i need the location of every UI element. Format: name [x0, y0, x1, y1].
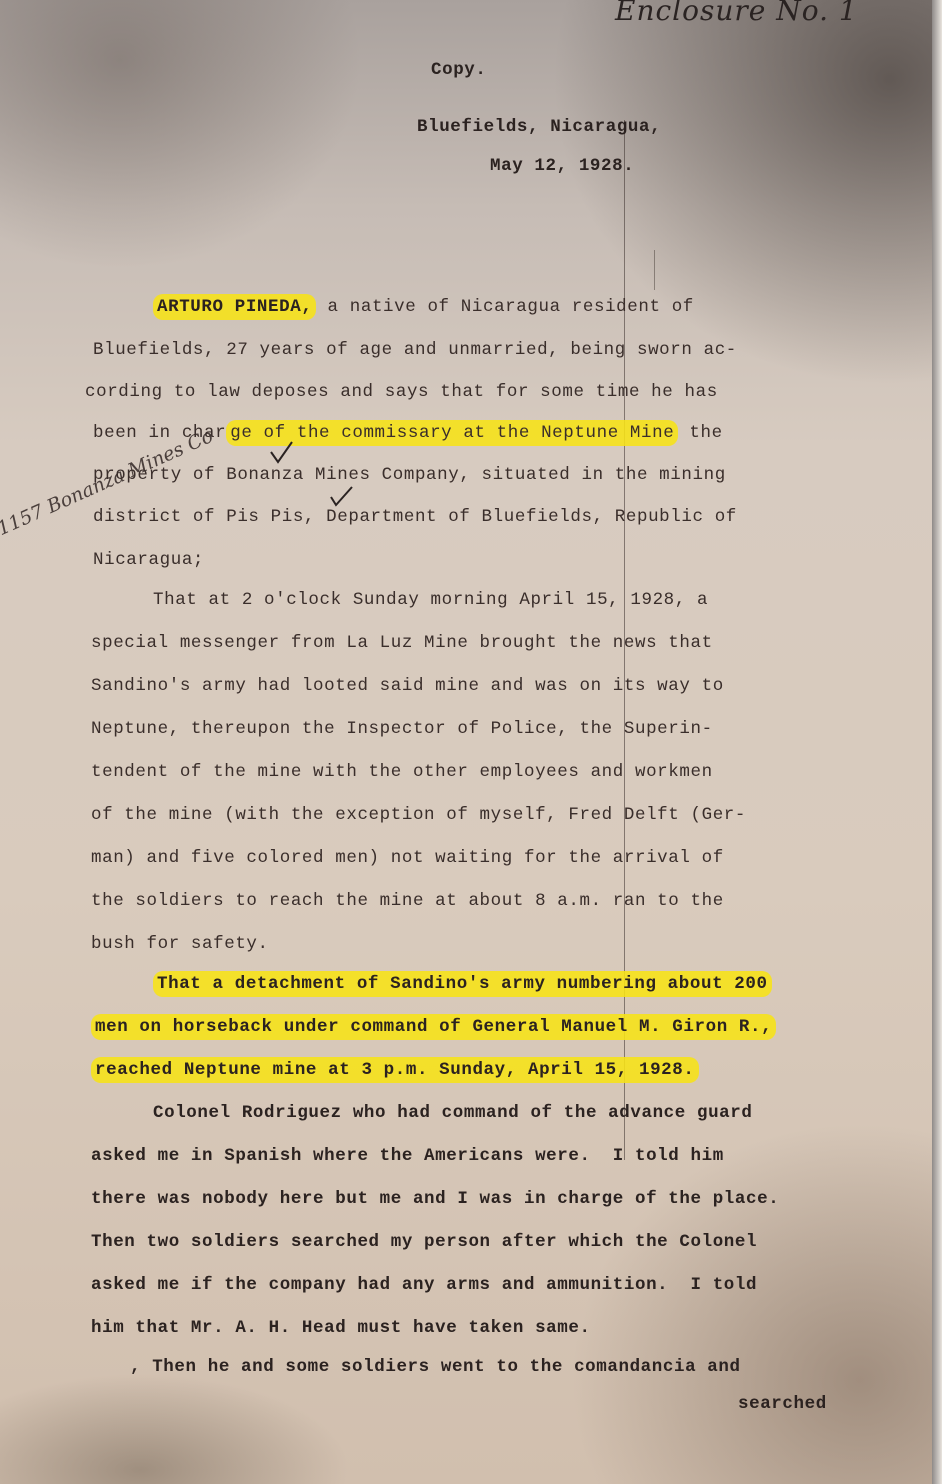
- highlight-commissary: ge of the commissary at the Neptune Mine: [226, 420, 678, 446]
- checkmark-icon: [268, 440, 294, 466]
- catchword: searched: [738, 1394, 827, 1414]
- highlight-name: ARTURO PINEDA,: [153, 294, 316, 320]
- page-edge: [932, 0, 942, 1484]
- p5-line-1: , Then he and some soldiers went to the …: [130, 1357, 741, 1377]
- p2-line-4: Neptune, thereupon the Inspector of Poli…: [91, 719, 713, 739]
- p1-line-3: cording to law deposes and says that for…: [85, 382, 718, 402]
- p3-line-2: men on horseback under command of Genera…: [91, 1017, 776, 1037]
- p2-line-3: Sandino's army had looted said mine and …: [91, 676, 724, 696]
- date-line: May 12, 1928.: [490, 156, 634, 176]
- p1-line-4: been in charge of the commissary at the …: [93, 423, 723, 443]
- p3-line-1: That a detachment of Sandino's army numb…: [153, 974, 772, 994]
- p4-line-3: there was nobody here but me and I was i…: [91, 1189, 779, 1209]
- p4-line-6: him that Mr. A. H. Head must have taken …: [91, 1318, 591, 1338]
- p4-line-1: Colonel Rodriguez who had command of the…: [153, 1103, 753, 1123]
- checkmark-icon: [328, 483, 354, 509]
- p2-line-8: the soldiers to reach the mine at about …: [91, 891, 724, 911]
- p3-line-3: reached Neptune mine at 3 p.m. Sunday, A…: [91, 1060, 699, 1080]
- p4-line-2: asked me in Spanish where the Americans …: [91, 1146, 724, 1166]
- p1-line-5: property of Bonanza Mines Company, situa…: [93, 465, 726, 485]
- p4-line-4: Then two soldiers searched my person aft…: [91, 1232, 757, 1252]
- p1-line-2: Bluefields, 27 years of age and unmarrie…: [93, 340, 737, 360]
- fold-crease-short: [654, 250, 655, 290]
- copy-label: Copy.: [431, 60, 487, 80]
- enclosure-note: Enclosure No. 1: [615, 0, 858, 27]
- p2-line-1: That at 2 o'clock Sunday morning April 1…: [153, 590, 708, 610]
- p2-line-7: man) and five colored men) not waiting f…: [91, 848, 724, 868]
- p2-line-5: tendent of the mine with the other emplo…: [91, 762, 713, 782]
- p2-line-9: bush for safety.: [91, 934, 269, 954]
- place-line: Bluefields, Nicaragua,: [417, 117, 661, 137]
- p1-line-7: Nicaragua;: [93, 550, 204, 570]
- p1-line-1: ARTURO PINEDA, a native of Nicaragua res…: [153, 297, 694, 317]
- document-page: [0, 0, 932, 1484]
- p1-line-6: district of Pis Pis, Department of Bluef…: [93, 507, 737, 527]
- p2-line-6: of the mine (with the exception of mysel…: [91, 805, 746, 825]
- p2-line-2: special messenger from La Luz Mine broug…: [91, 633, 713, 653]
- p4-line-5: asked me if the company had any arms and…: [91, 1275, 757, 1295]
